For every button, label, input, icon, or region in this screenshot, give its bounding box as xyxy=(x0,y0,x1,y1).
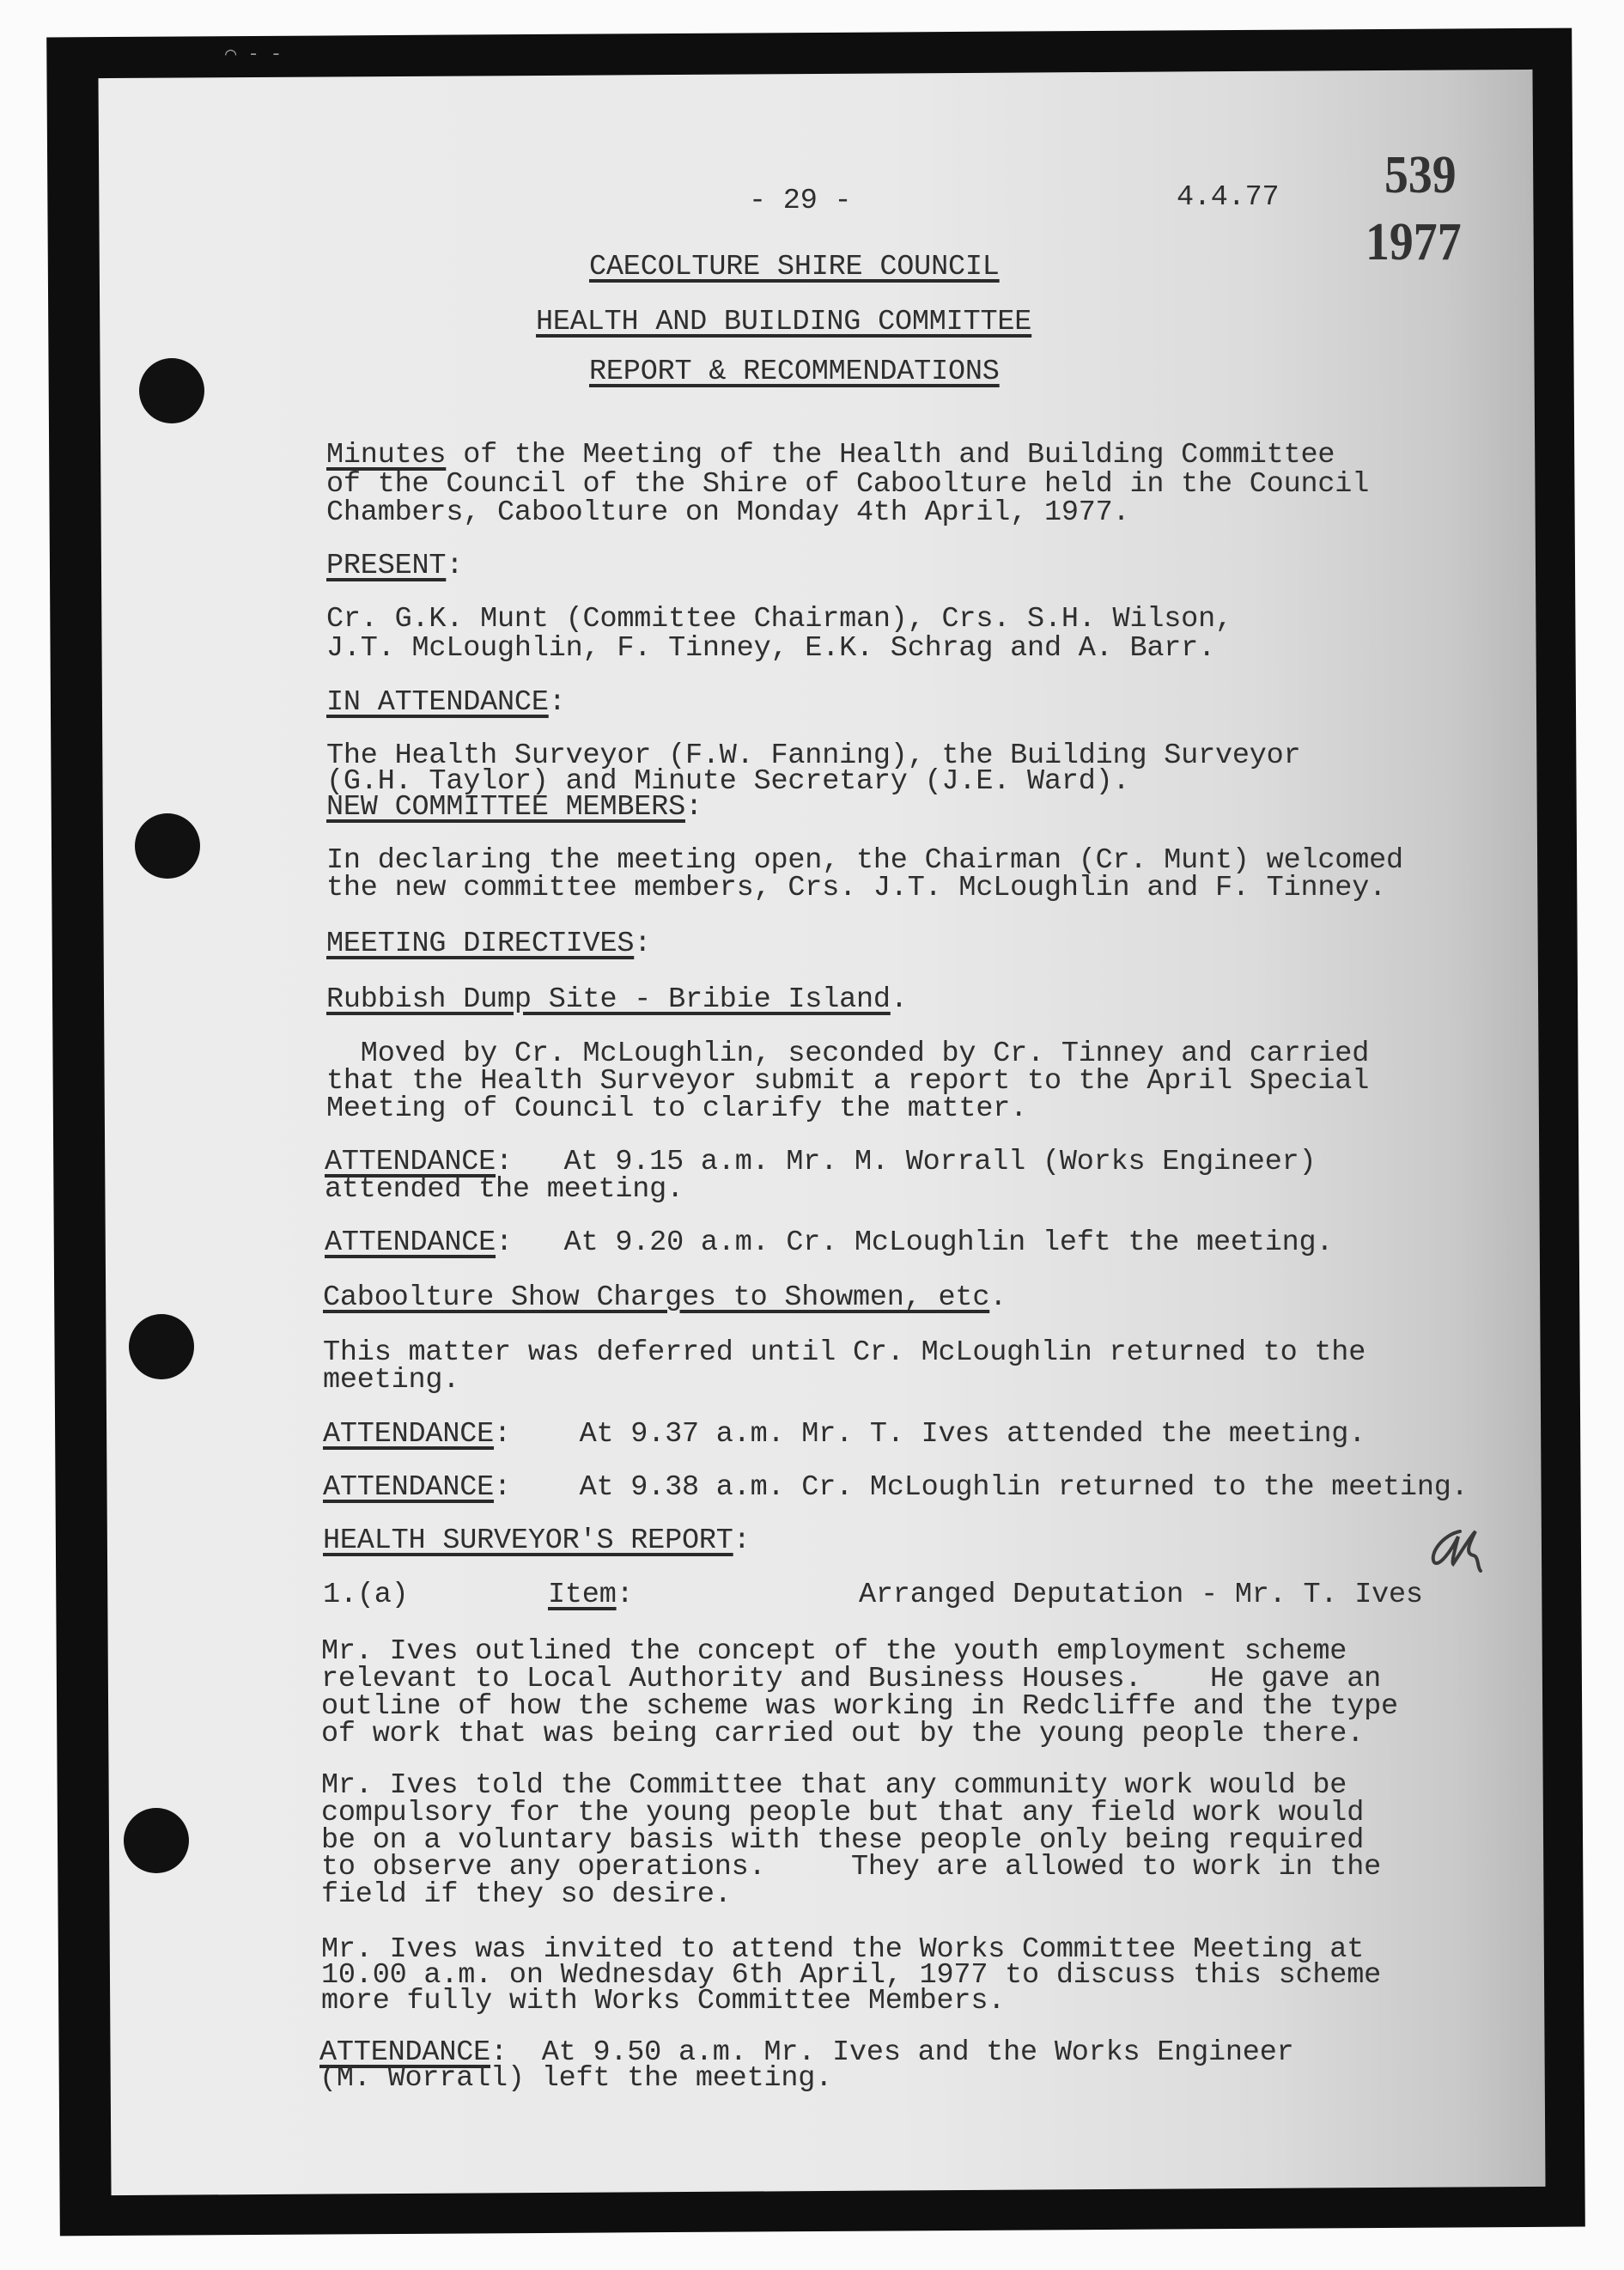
report-paragraph-line: outline of how the scheme was working in… xyxy=(321,1692,1398,1721)
report-paragraph-line: more fully with Works Committee Members. xyxy=(321,1987,1005,2016)
scan-mark: ⌒ - - xyxy=(225,43,282,65)
council-title: CAECOLTURE SHIRE COUNCIL xyxy=(589,253,1000,282)
minutes-label: Minutes xyxy=(326,439,446,472)
attendance-entry-cont: (M. Worrall) left the meeting. xyxy=(319,2064,832,2093)
intro-line-2: of the Council of the Shire of Cabooltur… xyxy=(326,470,1369,499)
attendance-entry: ATTENDANCE: At 9.38 a.m. Cr. McLoughlin … xyxy=(323,1473,1469,1502)
present-heading: PRESENT: xyxy=(326,551,463,581)
present-line: J.T. McLoughlin, F. Tinney, E.K. Schrag … xyxy=(326,634,1215,663)
report-paragraph-line: compulsory for the young people but that… xyxy=(321,1798,1364,1828)
item-label: Item: xyxy=(548,1580,634,1610)
report-paragraph-line: to observe any operations. They are allo… xyxy=(321,1853,1381,1882)
punch-hole xyxy=(124,1808,189,1873)
committee-title: HEALTH AND BUILDING COMMITTEE xyxy=(536,307,1031,337)
intro-line-1: Minutes of the Meeting of the Health and… xyxy=(326,441,1335,470)
stamp-number: 539 xyxy=(1384,149,1457,202)
item-number: 1.(a) xyxy=(323,1580,409,1610)
report-paragraph-line: of work that was being carried out by th… xyxy=(321,1719,1364,1749)
new-members-line: In declaring the meeting open, the Chair… xyxy=(326,846,1403,875)
motion-line: that the Health Surveyor submit a report… xyxy=(326,1067,1369,1096)
new-members-heading: NEW COMMITTEE MEMBERS: xyxy=(326,793,703,822)
report-paragraph-line: Mr. Ives told the Committee that any com… xyxy=(321,1771,1347,1800)
stamp-year: 1977 xyxy=(1365,216,1462,269)
report-paragraph-line: Mr. Ives outlined the concept of the you… xyxy=(321,1637,1347,1666)
attendance-entry: ATTENDANCE: At 9.37 a.m. Mr. T. Ives att… xyxy=(323,1420,1365,1449)
health-surveyor-report-heading: HEALTH SURVEYOR'S REPORT: xyxy=(323,1526,751,1555)
show-charges-title: Caboolture Show Charges to Showmen, etc. xyxy=(323,1283,1007,1312)
report-paragraph-line: field if they so desire. xyxy=(321,1880,732,1909)
punch-hole xyxy=(139,358,204,423)
new-members-line: the new committee members, Crs. J.T. McL… xyxy=(326,873,1386,903)
show-charges-line: meeting. xyxy=(323,1366,459,1395)
meeting-directives-heading: MEETING DIRECTIVES: xyxy=(326,929,651,959)
attendance-entry-cont: attended the meeting. xyxy=(325,1175,684,1204)
handwritten-initials-icon xyxy=(1426,1524,1494,1576)
item-title: Arranged Deputation - Mr. T. Ives xyxy=(859,1580,1423,1610)
page-number: - 29 - xyxy=(749,186,851,216)
report-paragraph-line: relevant to Local Authority and Business… xyxy=(321,1664,1381,1694)
in-attendance-heading: IN ATTENDANCE: xyxy=(326,688,566,717)
attendance-entry: ATTENDANCE: At 9.15 a.m. Mr. M. Worrall … xyxy=(325,1147,1316,1177)
motion-line: Moved by Cr. McLoughlin, seconded by Cr.… xyxy=(326,1039,1369,1068)
rubbish-dump-title: Rubbish Dump Site - Bribie Island. xyxy=(326,985,908,1014)
punch-hole xyxy=(129,1314,194,1379)
document-date: 4.4.77 xyxy=(1177,183,1279,212)
punch-hole xyxy=(135,813,200,879)
report-title: REPORT & RECOMMENDATIONS xyxy=(589,357,1000,386)
attendance-entry: ATTENDANCE: At 9.20 a.m. Cr. McLoughlin … xyxy=(325,1228,1333,1257)
motion-line: Meeting of Council to clarify the matter… xyxy=(326,1094,1027,1123)
show-charges-line: This matter was deferred until Cr. McLou… xyxy=(323,1338,1365,1367)
intro-line-3: Chambers, Caboolture on Monday 4th April… xyxy=(326,498,1129,527)
present-line: Cr. G.K. Munt (Committee Chairman), Crs.… xyxy=(326,605,1232,634)
